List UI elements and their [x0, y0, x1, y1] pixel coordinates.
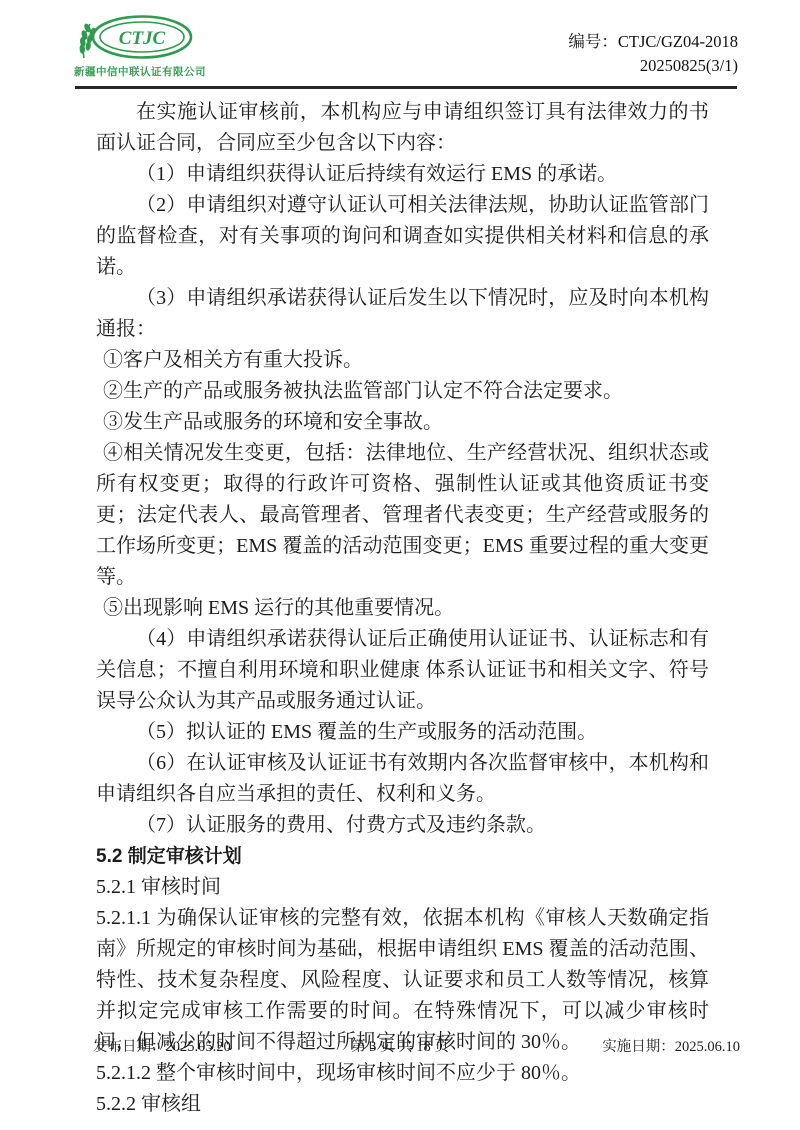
- doc-number-value: CTJC/GZ04-2018: [618, 32, 738, 51]
- sub-list-item: ③发生产品或服务的环境和安全事故。: [96, 407, 709, 438]
- logo-letters: CTJC: [119, 28, 166, 49]
- implement-date: 实施日期：2025.06.10: [602, 1036, 740, 1058]
- sub-list-item: ②生产的产品或服务被执法监管部门认定不符合法定要求。: [96, 376, 709, 407]
- sub-section-heading: 5.2.2 审核组: [96, 1089, 709, 1120]
- document-body: 在实施认证审核前，本机构应与申请组织签订具有法律效力的书面认证合同，合同应至少包…: [96, 89, 709, 1120]
- sub-list-item: ⑤出现影响 EMS 运行的其他重要情况。: [96, 593, 709, 624]
- sub-section-heading: 5.2.1 审核时间: [96, 872, 709, 903]
- document-page: CTJC 新疆中信中联认证有限公司 编号：CTJC/GZ04-2018 2025…: [0, 0, 800, 1130]
- list-item: （6）在认证审核及认证证书有效期内各次监督审核中，本机构和申请组织各自应当承担的…: [96, 748, 709, 810]
- page-footer: 发布日期：2025.05.20 第 3 页 共 18 页 实施日期：2025.0…: [0, 1036, 800, 1058]
- doc-number-block: 编号：CTJC/GZ04-2018 20250825(3/1): [568, 30, 738, 78]
- sub-list-item: ①客户及相关方有重大投诉。: [96, 345, 709, 376]
- doc-revision-code: 20250825(3/1): [568, 54, 738, 78]
- list-item: （2）申请组织对遵守认证认可相关法律法规，协助认证监管部门的监督检查，对有关事项…: [96, 190, 709, 283]
- implement-date-value: 2025.06.10: [675, 1039, 740, 1055]
- section-heading: 5.2 制定审核计划: [96, 841, 709, 872]
- doc-number-line: 编号：CTJC/GZ04-2018: [568, 30, 738, 54]
- ctjc-logo-icon: CTJC: [74, 14, 196, 62]
- paragraph: 在实施认证审核前，本机构应与申请组织签订具有法律效力的书面认证合同，合同应至少包…: [96, 97, 709, 159]
- list-item: （1）申请组织获得认证后持续有效运行 EMS 的承诺。: [96, 159, 709, 190]
- list-item: （7）认证服务的费用、付费方式及违约条款。: [96, 810, 709, 841]
- list-item: （5）拟认证的 EMS 覆盖的生产或服务的活动范围。: [96, 717, 709, 748]
- list-item: （4）申请组织承诺获得认证后正确使用认证证书、认证标志和有关信息；不擅自利用环境…: [96, 624, 709, 717]
- doc-number-label: 编号：: [568, 32, 618, 51]
- company-logo-block: CTJC 新疆中信中联认证有限公司: [74, 14, 206, 79]
- implement-date-label: 实施日期：: [602, 1039, 675, 1055]
- company-name-text: 新疆中信中联认证有限公司: [74, 64, 206, 79]
- list-item: （3）申请组织承诺获得认证后发生以下情况时，应及时向本机构通报：: [96, 283, 709, 345]
- page-header: CTJC 新疆中信中联认证有限公司 编号：CTJC/GZ04-2018 2025…: [0, 0, 800, 86]
- clause-paragraph: 5.2.1.2 整个审核时间中，现场审核时间不应少于 80％。: [96, 1058, 709, 1089]
- clause-paragraph: 5.2.1.1 为确保认证审核的完整有效，依据本机构《审核人天数确定指南》所规定…: [96, 903, 709, 1058]
- sub-list-item: ④相关情况发生变更，包括：法律地位、生产经营状况、组织状态或所有权变更；取得的行…: [96, 438, 709, 593]
